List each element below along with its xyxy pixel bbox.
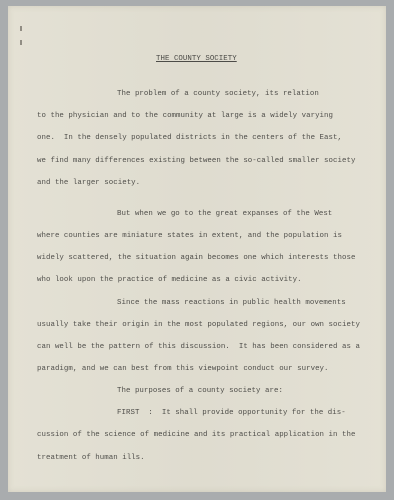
text-line: and the larger society.	[37, 179, 140, 187]
text-line: cussion of the science of medicine and i…	[37, 431, 355, 439]
text-line: widely scattered, the situation again be…	[37, 254, 355, 262]
text-line: Since the mass reactions in public healt…	[117, 299, 346, 307]
text-line: we find many differences existing betwee…	[37, 157, 355, 165]
text-line: paradigm, and we can best from this view…	[37, 365, 329, 373]
text-line: usually take their origin in the most po…	[37, 321, 360, 329]
text-line: But when we go to the great expanses of …	[117, 210, 332, 218]
text-line: one. In the densely populated districts …	[37, 134, 342, 142]
text-line: treatment of human ills.	[37, 454, 145, 462]
paper-blemish	[20, 26, 22, 31]
text-line: can well be the pattern of this discussi…	[37, 343, 360, 351]
text-line: to the physician and to the community at…	[37, 112, 333, 120]
document-title: THE COUNTY SOCIETY	[152, 55, 241, 63]
text-line: The problem of a county society, its rel…	[117, 90, 319, 98]
text-line: The purposes of a county society are:	[117, 387, 283, 395]
text-line: FIRST : It shall provide opportunity for…	[117, 409, 346, 417]
text-line: where counties are miniature states in e…	[37, 232, 342, 240]
typewritten-page: THE COUNTY SOCIETY The problem of a coun…	[8, 6, 386, 492]
paper-blemish	[20, 40, 22, 45]
text-line: who look upon the practice of medicine a…	[37, 276, 302, 284]
